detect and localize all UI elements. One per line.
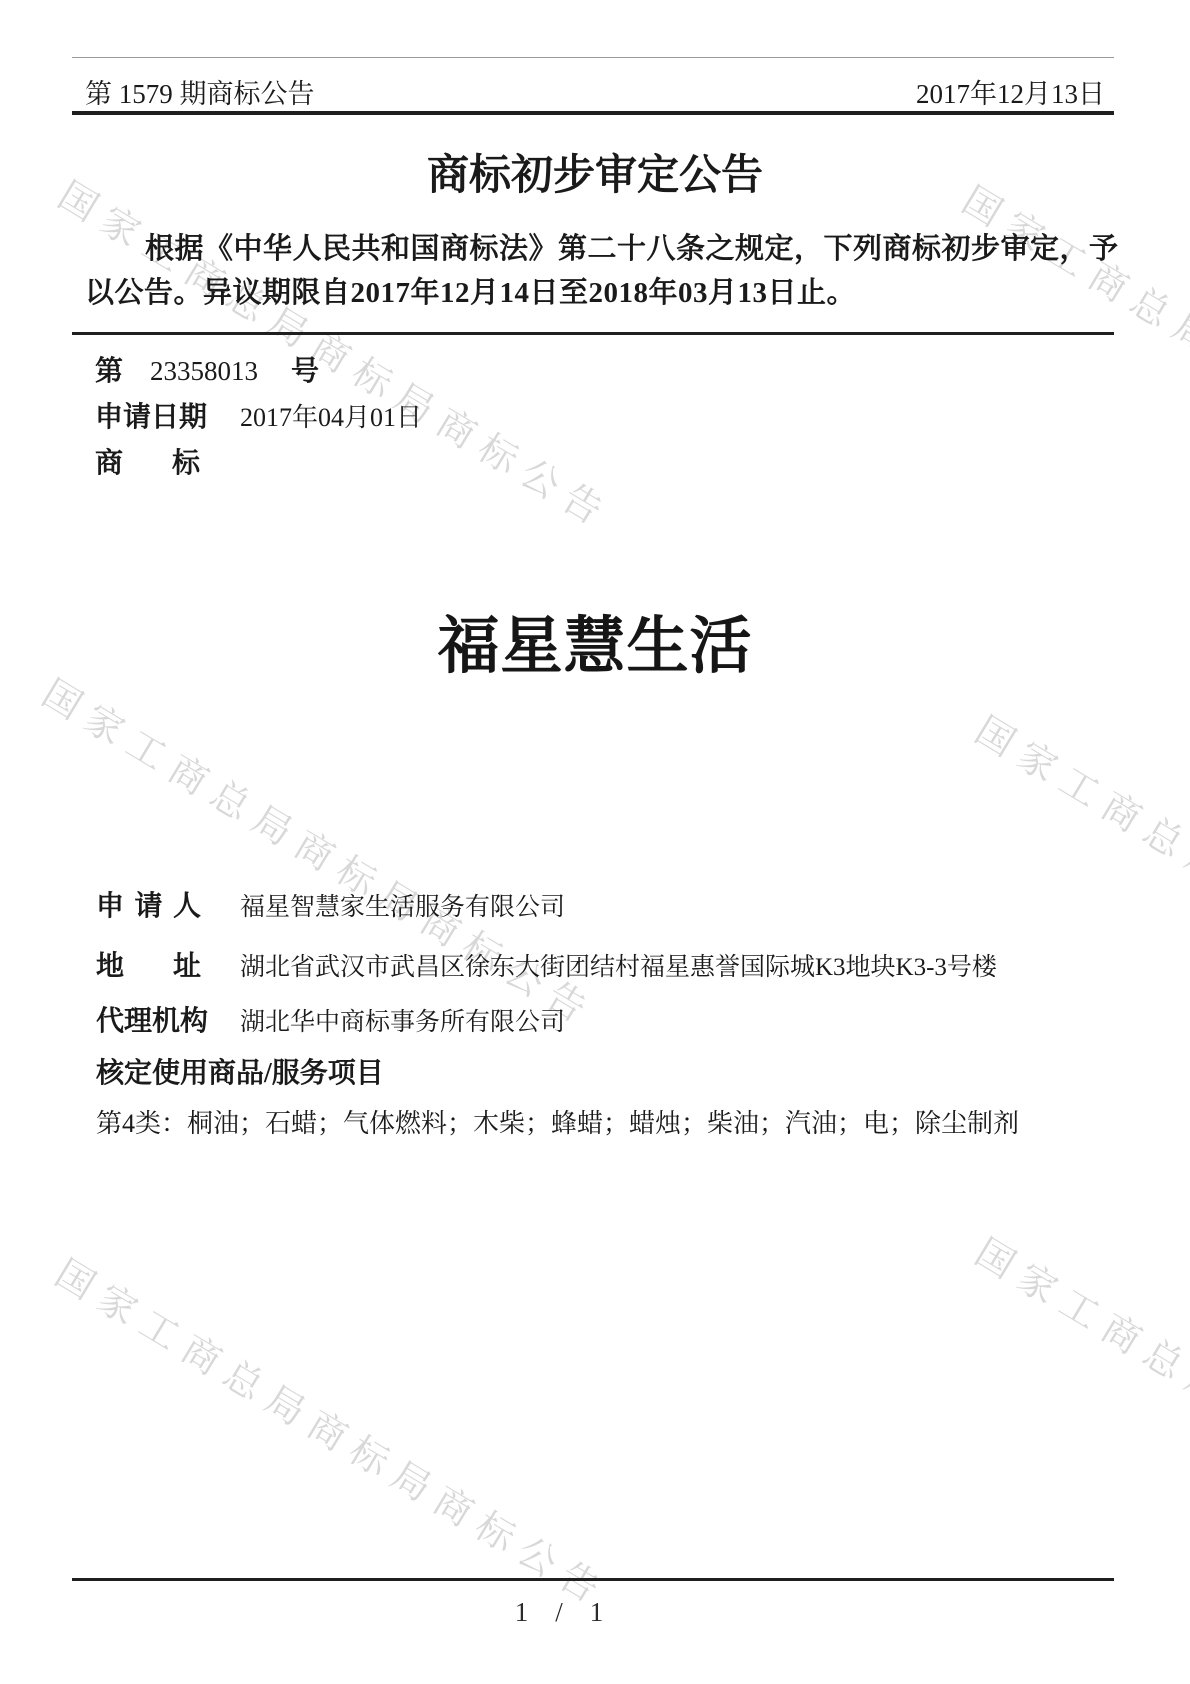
goods-heading: 核定使用商品/服务项目 <box>96 1051 384 1091</box>
application-date-label: 申请日期 <box>95 395 207 435</box>
header-rule <box>72 111 1114 115</box>
issue-date: 2017年12月13日 <box>916 72 1105 111</box>
section-rule <box>72 332 1114 335</box>
applicant-label: 申请人 <box>96 884 201 924</box>
current-page: 1 <box>515 1597 529 1628</box>
announcement-title: 商标初步审定公告 <box>0 142 1190 202</box>
application-number-row: 第23358013号 <box>95 349 319 389</box>
agent-row: 代理机构湖北华中商标事务所有限公司 <box>96 999 565 1039</box>
page: 国家工商总局商标局商标公告 国家工商总局商标局商标公告 国家工商总局商标局商标公… <box>0 0 1190 1684</box>
page-separator: / <box>555 1597 563 1628</box>
agent-label: 代理机构 <box>96 999 208 1039</box>
goods-line: 第4类：桐油；石蜡；气体燃料；木柴；蜂蜡；蜡烛；柴油；汽油；电；除尘制剂 <box>96 1103 1019 1140</box>
agent-value: 湖北华中商标事务所有限公司 <box>240 1009 565 1036</box>
applicant-row: 申请人福星智慧家生活服务有限公司 <box>96 884 565 924</box>
total-pages: 1 <box>590 1597 604 1628</box>
trademark-name: 福星慧生活 <box>0 596 1190 685</box>
address-label: 地址 <box>96 944 201 984</box>
number-prefix: 第 <box>95 349 123 389</box>
address-value: 湖北省武汉市武昌区徐东大街团结村福星惠誉国际城K3地块K3-3号楼 <box>240 954 997 981</box>
intro-line-2: 以公告。异议期限自2017年12月14日至2018年03月13日止。 <box>85 270 856 311</box>
application-date-value: 2017年04月01日 <box>240 403 422 432</box>
address-row: 地址湖北省武汉市武昌区徐东大街团结村福星惠誉国际城K3地块K3-3号楼 <box>96 944 997 984</box>
applicant-value: 福星智慧家生活服务有限公司 <box>240 894 565 921</box>
trademark-label: 商标 <box>95 441 200 481</box>
number-suffix: 号 <box>291 349 319 389</box>
footer-rule <box>72 1578 1114 1581</box>
application-number: 23358013 <box>150 356 258 386</box>
issue-number: 第 1579 期商标公告 <box>85 72 315 111</box>
watermark-text: 国家工商总局商标局商标公告 <box>47 1243 621 1618</box>
page-footer: 1 / 1 <box>0 1597 1154 1628</box>
trademark-label-row: 商标 <box>95 441 200 481</box>
top-rule <box>72 57 1114 58</box>
intro-line-1: 根据《中华人民共和国商标法》第二十八条之规定，下列商标初步审定，予 <box>145 226 1119 267</box>
watermark-text: 国家工商总局商标局商标公告 <box>967 1222 1190 1597</box>
application-date-row: 申请日期2017年04月01日 <box>95 395 422 435</box>
watermark-text: 国家工商总局商标局商标公告 <box>967 700 1190 1075</box>
